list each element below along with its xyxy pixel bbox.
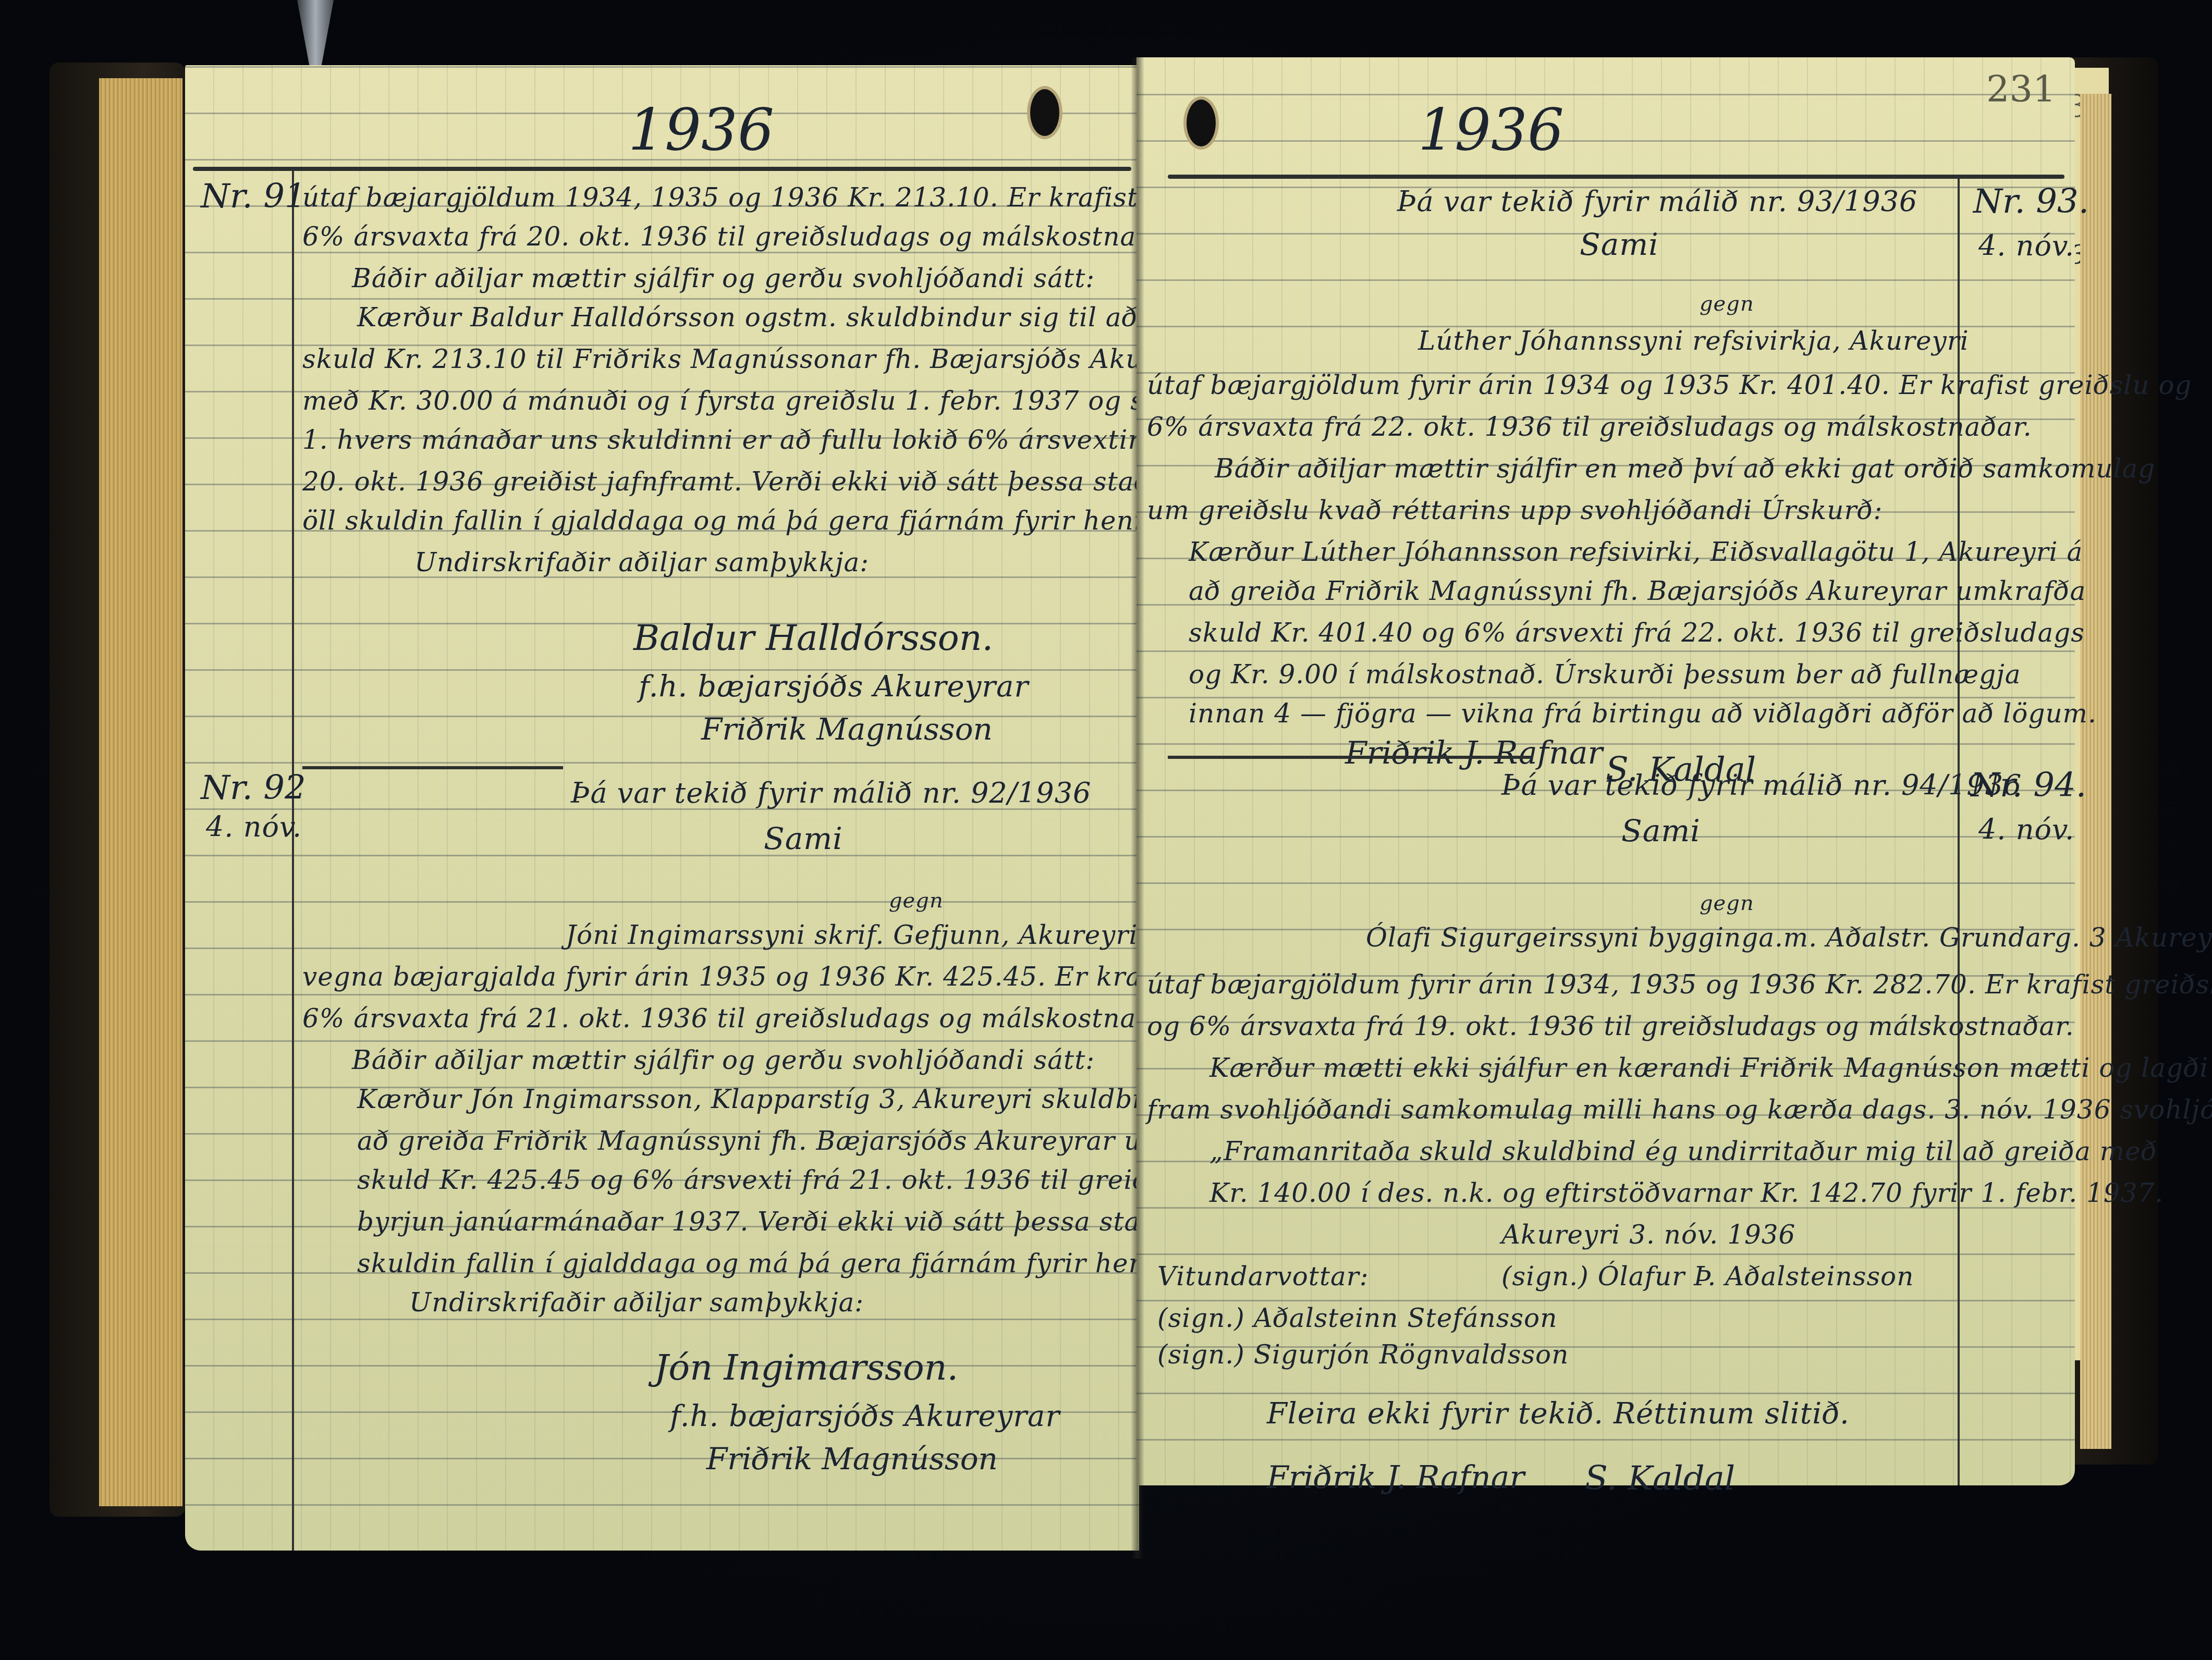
entry-subheading: Sami [1621, 813, 1701, 849]
entry-line: Báðir aðiljar mættir sjálfir og gerðu sv… [352, 1045, 1095, 1075]
signature-title: f.h. bæjarsjóðs Akureyrar [639, 670, 1029, 704]
entry-line: útaf bæjargjöldum fyrir árin 1934, 1935 … [1147, 969, 2212, 1000]
entry-line: um greiðslu kvað réttarins upp svohljóða… [1147, 495, 1883, 525]
entry-date: 4. nóv. [206, 810, 302, 843]
entry-line: að greiða Friðrik Magnússyni fh. Bæjarsj… [357, 1126, 1254, 1156]
entry-line: Undirskrifaðir aðiljar samþykkja: [414, 547, 869, 577]
header-rule [1168, 175, 2064, 179]
signature: S. Kaldal [1585, 1459, 1735, 1498]
entry-line: og Kr. 9.00 í málskostnað. Úrskurði þess… [1189, 659, 2021, 690]
signature-title: f.h. bæjarsjóðs Akureyrar [670, 1399, 1060, 1433]
signature: Friðrik J. Rafnar [1267, 1459, 1524, 1496]
case-number: Nr. 93. [1973, 182, 2089, 221]
witness-signature: (sign.) Sigurjón Rögnvaldsson [1157, 1339, 1569, 1370]
entry-line: skuldin fallin í gjalddaga og má þá gera… [357, 1248, 1181, 1278]
entry-line: Akureyri 3. nóv. 1936 [1501, 1220, 1795, 1250]
year-header: 1936 [1418, 96, 1564, 163]
entry-heading: Þá var tekið fyrir málið nr. 94/1936 [1501, 769, 2022, 802]
separator-line [302, 766, 563, 769]
witness-signature: (sign.) Aðalsteinn Stefánsson [1157, 1303, 1557, 1333]
separator-line [1168, 756, 1533, 759]
book-gutter [1131, 57, 1144, 1558]
entry-line: Kærður Lúther Jóhannsson refsivirki, Eið… [1189, 537, 2083, 567]
punch-hole-icon [1027, 86, 1062, 139]
entry-line: byrjun janúarmánaðar 1937. Verði ekki vi… [357, 1207, 1262, 1237]
entry-heading: Þá var tekið fyrir málið nr. 93/1936 [1397, 185, 1917, 218]
entry-heading: Þá var tekið fyrir málið nr. 92/1936 [571, 777, 1091, 809]
left-page: 1936 Nr. 91 útaf bæjargjöldum 1934, 1935… [185, 65, 1139, 1551]
gegn-label: gegn [1700, 891, 1754, 915]
entry-subheading: Sami [764, 821, 843, 856]
entry-line: (sign.) Ólafur Þ. Aðalsteinsson [1501, 1261, 1914, 1292]
entry-line: „Framanritaða skuld skuldbind ég undirri… [1209, 1136, 2157, 1166]
party-line: Ólafi Sigurgeirssyni bygginga.m. Aðalstr… [1366, 923, 2212, 953]
page-edges-left [99, 78, 182, 1506]
margin-line [292, 169, 294, 1551]
entry-line: að greiða Friðrik Magnússyni fh. Bæjarsj… [1189, 576, 2086, 606]
entry-line: 1. hvers mánaðar uns skuldinni er að ful… [302, 425, 1189, 455]
entry-date: 4. nóv. [1978, 813, 2074, 846]
entry-line: 6% ársvaxta frá 22. okt. 1936 til greiðs… [1147, 412, 2032, 442]
entry-line: útaf bæjargjöldum fyrir árin 1934 og 193… [1147, 370, 2192, 400]
entry-subheading: Sami [1580, 227, 1659, 262]
entry-line: innan 4 — fjögra — vikna frá birtingu að… [1189, 698, 2097, 729]
entry-line: skuld Kr. 213.10 til Friðriks Magnússona… [302, 344, 1229, 374]
gegn-label: gegn [1700, 292, 1754, 316]
signature: Friðrik Magnússon [706, 1441, 998, 1477]
entry-line: Báðir aðiljar mættir sjálfir og gerðu sv… [352, 263, 1095, 293]
entry-line: 6% ársvaxta frá 20. okt. 1936 til greiðs… [302, 222, 1188, 252]
signature: Friðrik Magnússon [701, 711, 993, 747]
entry-line: Báðir aðiljar mættir sjálfir en með því … [1215, 453, 2155, 484]
party-line: Jóni Ingimarssyni skrif. Gefjunn, Akurey… [566, 920, 1138, 950]
signature: Friðrik J. Rafnar [1345, 735, 1603, 771]
party-line: Lúther Jóhannssyni refsivirkja, Akureyri [1418, 326, 1969, 356]
signature: Baldur Halldórsson. [633, 618, 993, 659]
case-number: Nr. 92 [201, 769, 306, 807]
entry-line: og 6% ársvaxta frá 19. okt. 1936 til gre… [1147, 1011, 2074, 1041]
right-page: 231 1936 Nr. 93. 4. nóv. Þá var tekið fy… [1136, 57, 2075, 1485]
entry-line: Kr. 140.00 í des. n.k. og eftirstöðvarna… [1209, 1178, 2164, 1208]
entry-line: skuld Kr. 401.40 og 6% ársvexti frá 22. … [1189, 618, 2085, 648]
closing-line: Fleira ekki fyrir tekið. Réttinum slitið… [1267, 1397, 1850, 1431]
entry-date: 4. nóv. [1978, 229, 2074, 262]
page-number: 231 [1986, 68, 2056, 110]
entry-line: með Kr. 30.00 á mánuði og í fyrsta greið… [302, 386, 1203, 416]
witnesses-label: Vitundarvottar: [1157, 1261, 1369, 1292]
entry-line: fram svohljóðandi samkomulag milli hans … [1147, 1095, 2212, 1125]
case-number: Nr. 91 [201, 177, 306, 216]
header-rule [193, 167, 1131, 171]
entry-line: öll skuldin fallin í gjalddaga og má þá … [302, 506, 1169, 536]
entry-line: Undirskrifaðir aðiljar samþykkja: [409, 1287, 864, 1318]
punch-hole-icon [1183, 96, 1219, 150]
entry-line: 20. okt. 1936 greiðist jafnframt. Verði … [302, 466, 1213, 497]
gegn-label: gegn [889, 889, 944, 913]
signature: Jón Ingimarsson. [654, 1347, 958, 1388]
entry-line: 6% ársvaxta frá 21. okt. 1936 til greiðs… [302, 1003, 1188, 1034]
year-header: 1936 [628, 96, 774, 163]
entry-line: Kærður mætti ekki sjálfur en kærandi Fri… [1209, 1053, 2208, 1083]
